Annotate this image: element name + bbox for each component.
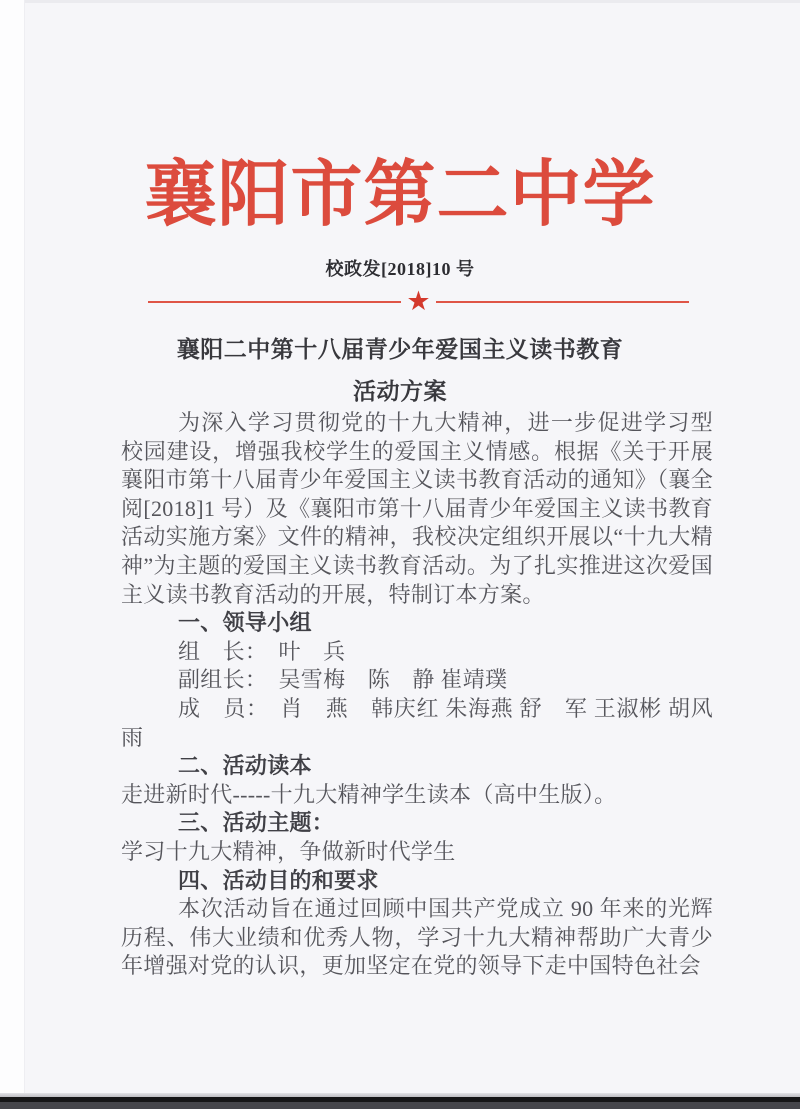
heading-section-1: 一、领导小组	[121, 609, 713, 638]
line-members: 成 员： 肖 燕 韩庆红 朱海燕 舒 军 王淑彬 胡风雨	[121, 695, 713, 752]
line-activity-theme: 学习十九大精神，争做新时代学生	[121, 838, 713, 867]
line-deputy-leaders: 副组长： 吴雪梅 陈 静 崔靖璞	[121, 666, 713, 695]
heading-section-4: 四、活动目的和要求	[121, 867, 713, 896]
heading-section-3: 三、活动主题：	[121, 809, 713, 838]
header-divider: ★	[148, 289, 689, 315]
line-reading-book: 走进新时代-----十九大精神学生读本（高中生版）。	[121, 781, 713, 810]
divider-line-right	[436, 301, 689, 303]
school-name-title: 襄阳市第二中学	[0, 159, 800, 231]
scan-top-edge	[0, 0, 800, 3]
document-body: 为深入学习贯彻党的十九大精神，进一步促进学习型校园建设，增强我校学生的爱国主义情…	[121, 409, 713, 981]
doc-title-line2: 活动方案	[0, 373, 800, 406]
scan-bottom-edge	[0, 1093, 800, 1109]
doc-title-line1: 襄阳二中第十八届青少年爱国主义读书教育	[0, 331, 800, 364]
paragraph-intro: 为深入学习贯彻党的十九大精神，进一步促进学习型校园建设，增强我校学生的爱国主义情…	[121, 409, 713, 609]
paragraph-purpose: 本次活动旨在通过回顾中国共产党成立 90 年来的光辉历程、伟大业绩和优秀人物，学…	[121, 895, 713, 981]
scanned-document-page: 襄阳市第二中学 校政发[2018]10 号 ★ 襄阳二中第十八届青少年爱国主义读…	[0, 0, 800, 1109]
star-icon: ★	[406, 289, 430, 315]
line-group-leader: 组 长： 叶 兵	[121, 638, 713, 667]
divider-line-left	[148, 301, 401, 303]
document-number: 校政发[2018]10 号	[0, 255, 800, 281]
heading-section-2: 二、活动读本	[121, 752, 713, 781]
scan-bottom-grey-strip	[0, 1102, 800, 1109]
